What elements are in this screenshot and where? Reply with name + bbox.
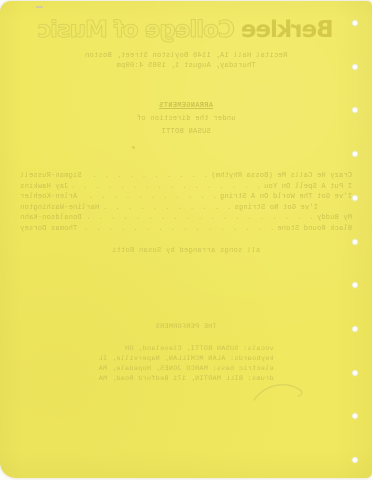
pen-squiggle-mark: [250, 379, 310, 405]
arranger-note: all songs arranged by Susan Botti: [0, 247, 372, 255]
punch-hole: [352, 20, 358, 26]
song-title: I Put A Spell On You: [264, 182, 352, 193]
venue-line: Recital Hall 1A, 1140 Boylston Street, B…: [0, 51, 372, 61]
performer-line: drums: BILL MARTIN, 171 Bedford Road, MA: [98, 374, 273, 384]
program-row: I've Got The World On A String. . . . . …: [20, 192, 352, 203]
performers-heading: THE PERFORMERS: [0, 322, 372, 332]
director-name: SUSAN BOTTI: [0, 126, 372, 139]
program-heading: ARRANGEMENTS: [0, 100, 372, 113]
program-row: I Put A Spell On You. . . . . . . . . . …: [20, 182, 352, 193]
program-list: Crazy He Calls Me (Bossa Rhythm). . . . …: [20, 171, 352, 235]
dot-leader: . . . . . . . . . . . . . . . . . . . . …: [80, 192, 217, 203]
composer-name: Harline-Washington: [20, 203, 99, 214]
bleed-through-content: Berklee College of Music Recital Hall 1A…: [0, 1, 372, 478]
event-header: Recital Hall 1A, 1140 Boylston Street, B…: [0, 51, 372, 71]
program-row: My Buddy. . . . . . . . . . . . . . . . …: [20, 213, 352, 224]
scanned-page: Berklee College of Music Recital Hall 1A…: [0, 0, 372, 480]
song-title: I've Got The World On A String: [220, 192, 352, 203]
punch-hole: [352, 370, 358, 376]
composer-name: Thomas Dorsey: [20, 224, 77, 235]
song-title: Black Round Stone: [277, 224, 352, 235]
song-title: Crazy He Calls Me (Bossa Rhythm): [211, 171, 352, 182]
composer-name: Arlen-Koehler: [20, 192, 77, 203]
performers-block: THE PERFORMERS vocals: SUSAN BOTTI, Clev…: [0, 322, 372, 384]
composer-name: Donaldson-Kahn: [20, 213, 82, 224]
logo-college-of-music-word: College of Music: [38, 17, 241, 43]
song-title: My Buddy: [317, 213, 352, 224]
berklee-logo: Berklee College of Music: [0, 15, 372, 45]
performer-line: electric bass: MARCO JONES, Hopedale, MA: [98, 364, 273, 374]
punch-hole: [352, 326, 358, 332]
composer-name: Jay Hawkins: [20, 182, 68, 193]
composer-name: Sigman-Russell: [20, 171, 82, 182]
punch-hole: [352, 239, 358, 245]
program-row: Crazy He Calls Me (Bossa Rhythm). . . . …: [20, 171, 352, 182]
direction-line: under the direction of: [0, 113, 372, 126]
dot-leader: . . . . . . . . . . . . . . . . . . . . …: [80, 224, 274, 235]
dot-leader: . . . . . . . . . . . . . . . . . . . . …: [71, 182, 261, 193]
date-line: Thursday, August 1, 1985 4:00pm: [0, 61, 372, 71]
performer-line: keyboards: ALAN MCMILLAN, Naperville, IL: [98, 354, 273, 364]
punch-hole: [352, 64, 358, 70]
logo-berklee-word: Berklee: [242, 17, 334, 43]
program-row: Black Round Stone. . . . . . . . . . . .…: [20, 224, 352, 235]
program-row: I've Got No Strings. . . . . . . . . . .…: [20, 203, 352, 214]
title-block: ARRANGEMENTS under the direction of SUSA…: [0, 100, 372, 139]
punch-hole: [352, 195, 358, 201]
performers-lines: vocals: SUSAN BOTTI, Cleveland, OHkeyboa…: [98, 344, 273, 384]
dot-leader: . . . . . . . . . . . . . . . . . . . . …: [102, 203, 231, 214]
dot-leader: . . . . . . . . . . . . . . . . . . . . …: [85, 213, 314, 224]
dot-leader: . . . . . . . . . . . . . . . . . . . . …: [85, 171, 209, 182]
performer-line: vocals: SUSAN BOTTI, Cleveland, OH: [98, 344, 273, 354]
song-title: I've Got No Strings: [234, 203, 352, 214]
pencil-smudge: [36, 6, 43, 8]
ink-smudge: [132, 146, 135, 149]
yellow-paper-sheet: Berklee College of Music Recital Hall 1A…: [0, 1, 372, 478]
punch-hole: [352, 457, 358, 463]
